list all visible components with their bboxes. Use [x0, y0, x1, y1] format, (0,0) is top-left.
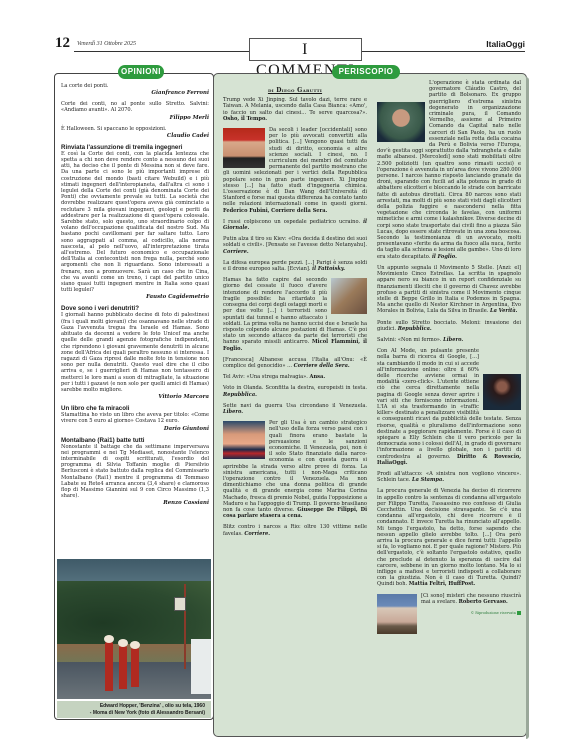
article-body: Nonostante il battage che da settimane i… [61, 444, 209, 500]
camel-photo [331, 278, 367, 314]
short-item: Corte dei conti, no al ponte sullo Stret… [61, 101, 209, 113]
politician-photo [377, 102, 425, 142]
caption-line: - Moma di New York (foto di Alessandro B… [57, 710, 205, 717]
news-item: Hamas ha fatto capire dal secondo giorno… [223, 277, 367, 351]
source: Osho, il Tempo. [223, 116, 267, 122]
author: Vittorio Marcora [61, 393, 209, 401]
source: Libero. [443, 337, 463, 343]
byline: di Diego Gabutti [223, 88, 367, 94]
source: La Verità. [490, 308, 517, 314]
source: Mattia Feltri, HuffPost. [409, 581, 475, 587]
author: Gianfranco Ferroni [61, 89, 209, 97]
schlein-photo [483, 374, 521, 410]
opinioni-label: OPINIONI [118, 65, 164, 79]
source: Repubblica. [398, 326, 432, 332]
news-item: Tel Aviv: «Una strega malvagia». Ansa. [223, 374, 367, 380]
gervaso-photo [377, 594, 417, 634]
news-item: Un appunto segnala il Movimento 5 Stelle… [377, 265, 521, 315]
brand-logo: ItaliaOggi [482, 39, 525, 49]
news-item: Voto in Olanda. Sconfitta la destra, eur… [223, 385, 367, 397]
source: il Fattoisky. [312, 266, 345, 272]
news-item: Sette navi da guerra Usa circondano il V… [223, 403, 367, 415]
article-title: Un libro che fa miracoli [61, 405, 209, 412]
author: Claudio Cadei [61, 132, 209, 140]
author: Dario Giuntoni [61, 425, 209, 433]
article-body: Stamattina ho visto un libro che aveva p… [61, 412, 209, 424]
source: Corriere. [244, 531, 270, 537]
news-item: I russi colpiscono un ospedale pediatric… [223, 219, 367, 231]
article-title: Dove sono i veri denutriti? [61, 305, 209, 312]
news-item: [Francesca] Albanese accusa l'Italia all… [223, 357, 367, 369]
source: Corriere. [223, 249, 249, 255]
news-item: Salvini: «Non mi fermo». Libero. [377, 337, 521, 343]
news-item: Trump vede Xi Jinping. Sul tavolo dazi, … [223, 97, 367, 122]
periscopio-label: PERISCOPIO [332, 65, 400, 79]
source: Corriere della Sera. [294, 363, 350, 369]
news-item: Putin alza il tiro su Kiev: «Ora decida … [223, 236, 367, 255]
square-icon [517, 611, 521, 615]
author: Fausto Cagidemetrio [61, 293, 209, 301]
periscopio-subcolumn-1: di Diego Gabutti Trump vede Xi Jinping. … [223, 88, 367, 542]
xi-jinping-photo [223, 128, 265, 168]
page-header: 12 Venerdì 31 Ottobre 2025 I COMMENTI It… [55, 34, 525, 56]
news-item: La difesa europea perde pezzi. [...] Par… [223, 260, 367, 272]
author: Renzo Cassiani [61, 499, 209, 507]
source: Libero. [223, 409, 243, 415]
source: il Foglio. [432, 254, 457, 260]
section-title: I COMMENTI [249, 38, 362, 61]
source: Federico Fubini, Corriere della Sera. [223, 208, 327, 214]
news-item: [Ci sono] misteri che nessuno riuscirà m… [377, 593, 521, 605]
news-item: L'operazione è stata ordinata dal govern… [377, 80, 521, 260]
hopper-painting-image [57, 559, 211, 699]
source: La Stampa. [412, 477, 444, 483]
opinioni-content: La corte dei ponti. Gianfranco Ferroni C… [61, 83, 209, 511]
news-item: La procura generale di Venezia ha deciso… [377, 488, 521, 587]
trump-photo [223, 421, 265, 459]
source: Roberto Gervaso. [459, 599, 508, 605]
article-title: Montalbano (Rai1) batte tutti [61, 437, 209, 444]
article-body: I giornali hanno pubblicato decine di fo… [61, 312, 209, 393]
news-item: Da secoli i leader [occidentali] sono pe… [223, 127, 367, 214]
page-number: 12 [55, 35, 74, 52]
news-item: Blitz contro i narcos a Rio: oltre 130 v… [223, 524, 367, 536]
periscopio-column: PERISCOPIO di Diego Gabutti Trump vede X… [213, 73, 527, 737]
news-item: Prodi all'attacco: «A sinistra non vogli… [377, 471, 521, 483]
source: Repubblica. [223, 392, 257, 398]
page-date: Venerdì 31 Ottobre 2025 [77, 41, 139, 47]
news-item: Per gli Usa è un cambio strategico nell'… [223, 420, 367, 519]
author: Filippo Merli [61, 114, 209, 122]
brand-part-1: Italia [486, 39, 505, 49]
painting-caption: Edward Hopper, 'Benzina' , olio su tela,… [57, 701, 211, 718]
article-body: E così la Corte dei conti, con la placid… [61, 151, 209, 294]
article-title: Rinviata l'assunzione di tremila ingegne… [61, 144, 209, 151]
opinioni-column: OPINIONI La corte dei ponti. Gianfranco … [54, 73, 214, 720]
news-item: Con AI Mode, un pulsante presente nella … [377, 348, 521, 466]
periscopio-subcolumn-2: L'operazione è stata ordinata dal govern… [377, 80, 521, 635]
news-item: Ponte sullo Stretto bocciato. Meloni: in… [377, 320, 521, 332]
brand-part-2: Oggi [506, 39, 525, 49]
source: Ansa. [310, 374, 326, 380]
